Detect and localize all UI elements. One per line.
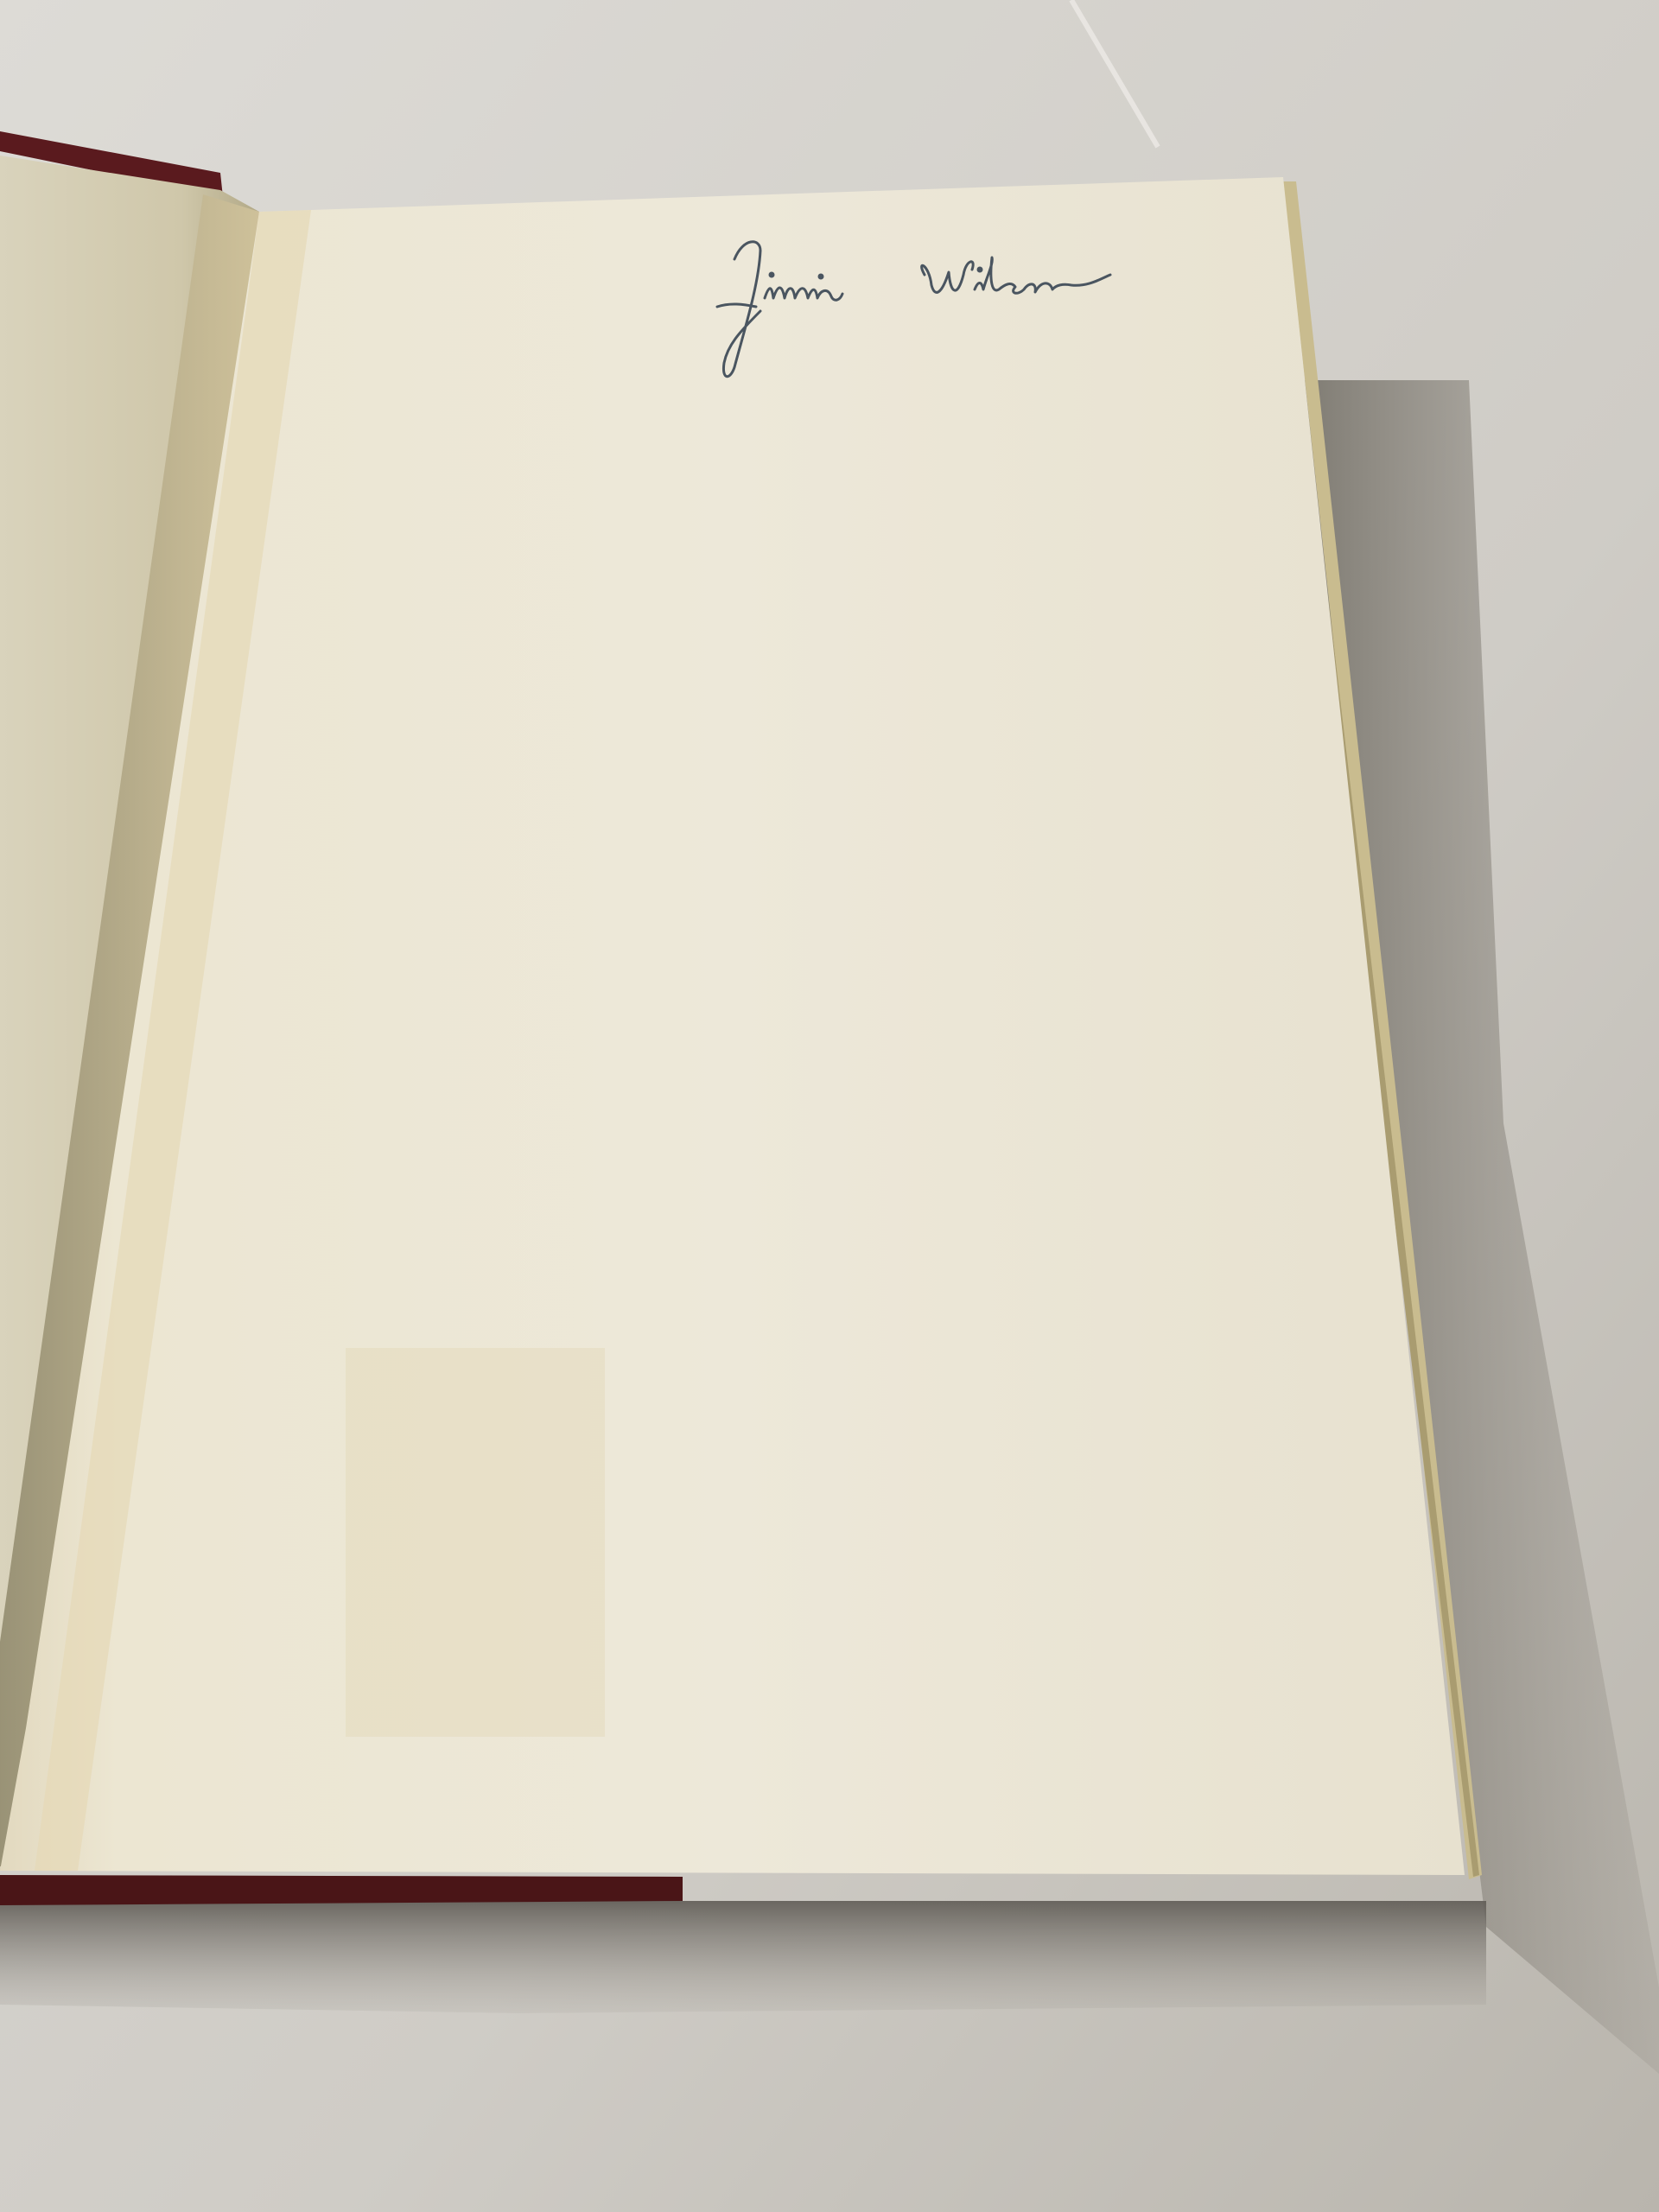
cast-shadow-bottom [0,1901,1486,2013]
cover-edge-bottom [0,1875,683,1905]
foxing-stain [346,1348,605,1737]
book-illustration [0,0,1659,2212]
book-photo: Jimmie Wilson [0,0,1659,2212]
